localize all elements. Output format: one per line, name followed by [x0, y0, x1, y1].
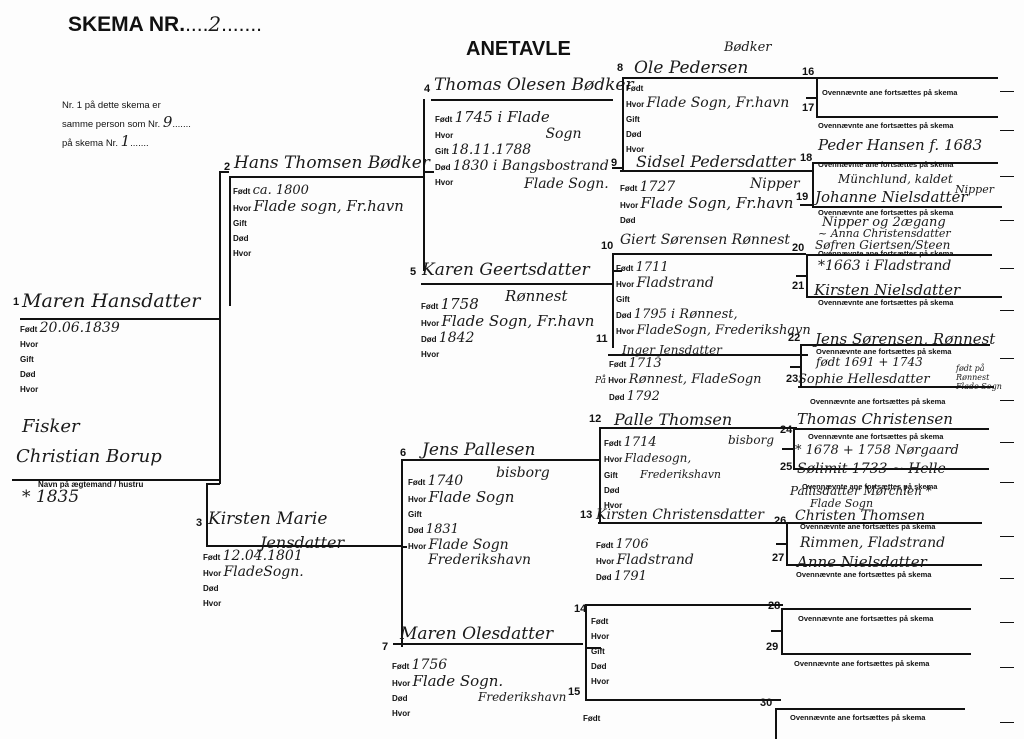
connector-line — [424, 171, 434, 173]
person-12-number: 12 — [589, 413, 601, 425]
person-12-where: Fladesogn, — [624, 451, 691, 465]
person-2-name: Hans Thomsen Bødker — [234, 153, 430, 173]
person-4-number: 4 — [424, 83, 430, 95]
person-6-name: Jens Pallesen — [422, 440, 535, 460]
bracket-line — [806, 254, 808, 296]
person-7-where: Flade Sogn. — [412, 672, 503, 690]
person-14-fields: Født Hvor Gift Død Hvor — [591, 614, 609, 689]
schema-ref-blank[interactable] — [1000, 220, 1014, 221]
person-24-continued-label: Ovennævnte ane fortsættes på skema — [808, 432, 943, 441]
person-11-died: 1792 — [627, 389, 660, 404]
spouse-occupation: Fisker — [22, 416, 80, 437]
person-1-name: Maren Hansdatter — [22, 290, 200, 312]
person-29-number: 29 — [766, 641, 778, 653]
schema-number: 2 — [208, 12, 221, 36]
connector-line — [790, 366, 800, 368]
connector-line — [800, 204, 812, 206]
person-7-where2: Frederikshavn — [478, 690, 566, 704]
schema-ref-blank[interactable] — [1000, 667, 1014, 668]
person-1-born: 20.06.1839 — [40, 320, 120, 336]
schema-ref-blank[interactable] — [1000, 578, 1014, 579]
person-13-number: 13 — [580, 509, 592, 521]
person-22-number: 22 — [788, 332, 800, 344]
person-2-fields: Født ca. 1800 Hvor Flade sogn, Fr.havn G… — [233, 183, 404, 261]
person-16-continued-label: Ovennævnte ane fortsættes på skema — [822, 88, 957, 97]
person-8-where: Flade Sogn, Fr.havn — [646, 95, 789, 111]
person-9-where: Flade Sogn, Fr.havn — [640, 194, 793, 212]
person-23-side-note: født på Rønnest Flade Sogn — [956, 364, 1006, 391]
schema-ref-blank[interactable] — [1000, 91, 1014, 92]
schema-ref-blank[interactable] — [1000, 622, 1014, 623]
person-15-fields: Født — [583, 711, 600, 726]
schema-ref-blank[interactable] — [1000, 130, 1014, 131]
person-6-born: 1740 — [428, 473, 464, 489]
schema-ref-blank[interactable] — [1000, 722, 1014, 723]
person-4-died-where: Flade Sogn. — [524, 176, 609, 192]
ref-person-number: 9 — [163, 113, 173, 131]
person-15-number: 15 — [568, 686, 580, 698]
person-22-name: Jens Sørensen, Rønnest — [815, 330, 995, 348]
person-25-number: 25 — [780, 461, 792, 473]
schema-ref-blank[interactable] — [1000, 268, 1014, 269]
bracket-line — [775, 708, 777, 739]
ref-schema-number: 1 — [121, 132, 131, 150]
person-27-continued-label: Ovennævnte ane fortsættes på skema — [796, 570, 931, 579]
person-10-number: 10 — [601, 240, 613, 252]
person-18-number: 18 — [800, 152, 812, 164]
connector-line — [776, 543, 786, 545]
person-11-where: Rønnest, FladeSogn — [629, 372, 762, 387]
schema-ref-blank[interactable] — [1000, 310, 1014, 311]
person-13-fields: Født 1706 Hvor Fladstrand Død 1791 — [596, 537, 694, 585]
person-1-number: 1 — [13, 296, 19, 308]
person-12-where2: Frederikshavn — [640, 468, 721, 481]
person-2-where: Flade sogn, Fr.havn — [253, 197, 403, 215]
bracket-line — [816, 77, 818, 117]
person-6-died-where2: Frederikshavn — [428, 552, 531, 568]
person-28-number: 28 — [768, 600, 780, 612]
person-28-continued-label: Ovennævnte ane fortsættes på skema — [798, 614, 933, 623]
schema-ref-blank[interactable] — [1000, 176, 1014, 177]
person-12-born: 1714 — [624, 435, 657, 450]
person-11-born: 1713 — [629, 356, 662, 371]
person-26-note: Rimmen, Fladstrand — [800, 535, 945, 551]
person-24-note: * 1678 + 1758 Nørgaard — [795, 443, 959, 458]
person-7-born: 1756 — [412, 657, 448, 673]
person-10-name: Giert Sørensen Rønnest — [620, 232, 790, 248]
person-30-number: 30 — [760, 697, 772, 709]
person-5-died: 1842 — [439, 330, 475, 346]
person-13-name: Kirsten Christensdatter — [596, 507, 764, 523]
person-4-died: 1830 i Bangsbostrand — [453, 158, 609, 174]
person-10-fields: Født 1711 Hvor Fladstrand Gift Død 1795 … — [616, 260, 811, 339]
person-25-note: Pallisdatter Mørchlen * — [790, 484, 932, 498]
person-21-continued-label: Ovennævnte ane fortsættes på skema — [818, 298, 953, 307]
person-23-continued-label: Ovennævnte ane fortsættes på skema — [810, 397, 945, 406]
person-10-where: Fladstrand — [636, 275, 713, 291]
person-3-number: 3 — [196, 517, 202, 529]
person-13-where: Fladstrand — [616, 552, 693, 568]
person-16-number: 16 — [802, 66, 814, 78]
person-6-where: Flade Sogn — [428, 488, 514, 506]
person-17-line — [816, 116, 998, 118]
person-3-born: 12.04.1801 — [223, 548, 303, 564]
person-7-name: Maren Olesdatter — [400, 624, 553, 644]
person-19-name: Johanne Nielsdatter — [815, 188, 968, 206]
person-18-continued-label: Ovennævnte ane fortsættes på skema — [818, 160, 953, 169]
person-24-number: 24 — [780, 424, 792, 436]
person-9-name: Sidsel Pedersdatter — [636, 152, 795, 171]
person-8-note: Bødker — [724, 40, 772, 55]
person-24-line — [793, 428, 989, 430]
connector-line — [401, 546, 407, 548]
person-7-number: 7 — [382, 641, 388, 653]
person-4-born2: Sogn — [545, 126, 581, 142]
bracket-line — [812, 162, 814, 206]
person-9-born: 1727 — [640, 179, 676, 195]
person-10-died: 1795 i Rønnest, — [634, 307, 738, 322]
spouse-born: * 1835 — [22, 487, 79, 507]
person-19-number: 19 — [796, 191, 808, 203]
person-8-fields: Født Hvor Flade Sogn, Fr.havn Gift Død H… — [626, 81, 789, 157]
person-4-married: 18.11.1788 — [451, 142, 531, 158]
person-24-name: Thomas Christensen — [797, 410, 953, 428]
person-23-number: 23 — [786, 373, 798, 385]
person-8-name: Ole Pedersen — [634, 58, 748, 78]
connector-line — [612, 270, 622, 272]
person-8-number: 8 — [617, 62, 623, 74]
schema-ref-blank[interactable] — [1000, 400, 1014, 401]
person-5-where: Flade Sogn, Fr.havn — [441, 312, 594, 330]
person-19-name-note: Nipper — [955, 183, 994, 196]
person-21-number: 21 — [792, 280, 804, 292]
person-21-name: Kirsten Nielsdatter — [814, 281, 960, 299]
page-title: ANETAVLE — [466, 38, 571, 61]
person-26-name: Christen Thomsen — [795, 508, 925, 524]
person-1-fields: Født 20.06.1839 Hvor Gift Død Hvor — [20, 321, 120, 397]
person-3-name: Kirsten Marie — [208, 509, 327, 529]
person-18-note: Münchlund, kaldet — [838, 172, 953, 186]
person-6-number: 6 — [400, 447, 406, 459]
person-20-note: *1663 i Fladstrand — [818, 258, 951, 274]
schema-label: SKEMA NR.....2....... — [68, 12, 262, 37]
person-2-born: ca. 1800 — [253, 183, 309, 198]
bracket-line — [786, 522, 788, 564]
person-27-number: 27 — [772, 552, 784, 564]
person-27-name: Anne Nielsdatter — [797, 553, 927, 571]
connector-line — [771, 630, 781, 632]
person-5-fields: Født 1758 Hvor Flade Sogn, Fr.havn Død 1… — [421, 297, 594, 362]
person-30-continued-label: Ovennævnte ane fortsættes på skema — [790, 713, 925, 722]
person-11-number: 11 — [596, 333, 608, 345]
connector-line — [782, 448, 793, 450]
connector-line — [796, 275, 806, 277]
person-19-note3: Søfren Giertsen/Steen — [815, 238, 950, 252]
person-28-line — [781, 608, 971, 610]
person-13-died: 1791 — [614, 569, 647, 584]
person-30-line — [775, 708, 965, 710]
person-11-fields: Født 1713 På Hvor Rønnest, FladeSogn Død… — [595, 356, 762, 405]
schema-ref-blank[interactable] — [1000, 482, 1014, 483]
schema-ref-blank[interactable] — [1000, 442, 1014, 443]
person-22-note: født 1691 + 1743 — [816, 355, 923, 369]
reference-note: Nr. 1 på dette skema er samme person som… — [62, 97, 191, 152]
person-6-died-where: Flade Sogn — [428, 537, 508, 553]
person-6-died: 1831 — [426, 522, 459, 537]
person-16-line — [816, 77, 998, 79]
person-5-number: 5 — [410, 266, 416, 278]
person-6-fields: Født 1740 Hvor Flade Sogn Gift Død 1831 … — [408, 474, 514, 554]
person-5-born: 1758 — [441, 295, 479, 313]
person-4-name: Thomas Olesen Bødker — [434, 75, 634, 95]
person-29-continued-label: Ovennævnte ane fortsættes på skema — [794, 659, 929, 668]
person-9-fields: Født 1727 Hvor Flade Sogn, Fr.havn Død — [620, 180, 793, 228]
schema-ref-blank[interactable] — [1000, 536, 1014, 537]
person-5-name: Karen Geertsdatter — [422, 260, 590, 280]
person-4-born: 1745 i Flade — [455, 108, 550, 126]
person-12-fields: Født 1714 Hvor Fladesogn, Gift Frederiks… — [604, 435, 721, 513]
person-18-name: Peder Hansen f. 1683 — [818, 136, 982, 154]
person-25-name: Sølimit 1733 ~ Helle — [797, 461, 946, 477]
person-10-born: 1711 — [636, 260, 669, 275]
person-10-died-where: FladeSogn, Frederikshavn — [636, 323, 810, 338]
bracket-line — [781, 608, 783, 653]
person-3-where: FladeSogn. — [223, 564, 303, 580]
person-3-fields: Født 12.04.1801 Hvor FladeSogn. Død Hvor — [203, 549, 304, 611]
person-26-number: 26 — [774, 515, 786, 527]
person-17-number: 17 — [802, 102, 814, 114]
connector-line — [585, 647, 601, 649]
schema-ref-blank[interactable] — [1000, 358, 1014, 359]
connector-line — [806, 97, 816, 99]
person-20-number: 20 — [792, 242, 804, 254]
spouse-name: Christian Borup — [16, 446, 162, 467]
ref-line1: Nr. 1 på dette skema er — [62, 97, 191, 114]
person-12-name2: bisborg — [728, 433, 774, 447]
person-23-name: Sophie Hellesdatter — [798, 372, 930, 387]
person-17-continued-label: Ovennævnte ane fortsættes på skema — [818, 121, 953, 130]
person-29-line — [781, 653, 971, 655]
person-13-born: 1706 — [616, 537, 649, 552]
connector-line — [612, 167, 622, 169]
